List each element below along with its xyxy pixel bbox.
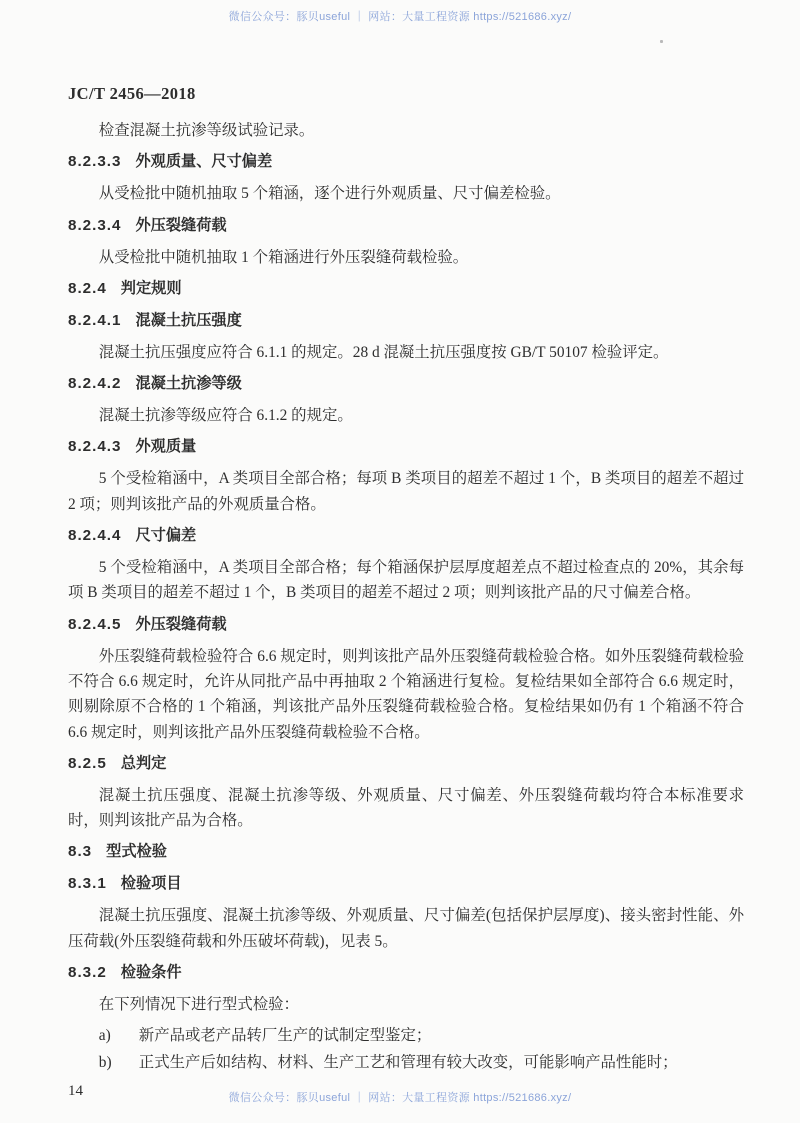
paragraph: 5 个受检箱涵中，A 类项目全部合格；每个箱涵保护层厚度超差点不超过检查点的 2…	[68, 555, 744, 606]
section-heading-8233: 8.2.3.3外观质量、尺寸偏差	[68, 149, 744, 174]
section-title: 外观质量、尺寸偏差	[135, 153, 272, 170]
paragraph: 混凝土抗压强度、混凝土抗渗等级、外观质量、尺寸偏差、外压裂缝荷载均符合本标准要求…	[68, 783, 744, 834]
section-title: 混凝土抗渗等级	[135, 375, 241, 392]
section-title: 检验项目	[121, 875, 182, 892]
section-number: 8.2.4.2	[68, 375, 121, 392]
standard-number: JC/T 2456—2018	[68, 84, 744, 104]
paragraph: 混凝土抗压强度、混凝土抗渗等级、外观质量、尺寸偏差(包括保护层厚度)、接头密封性…	[68, 903, 744, 954]
section-title: 判定规则	[121, 280, 182, 297]
paragraph: 5 个受检箱涵中，A 类项目全部合格；每项 B 类项目的超差不超过 1 个，B …	[68, 466, 744, 517]
paragraph: 从受检批中随机抽取 5 个箱涵，逐个进行外观质量、尺寸偏差检验。	[68, 181, 744, 206]
footer-watermark: 微信公众号：豚贝useful ｜ 网站：大量工程资源 https://52168…	[0, 1089, 800, 1105]
section-number: 8.2.5	[68, 755, 107, 772]
list-text: 正式生产后如结构、材料、生产工艺和管理有较大改变，可能影响产品性能时；	[139, 1054, 678, 1071]
paragraph: 在下列情况下进行型式检验：	[68, 992, 744, 1017]
section-title: 总判定	[121, 755, 167, 772]
list-item-a: a)新产品或老产品转厂生产的试制定型鉴定；	[68, 1023, 744, 1048]
list-text: 新产品或老产品转厂生产的试制定型鉴定；	[139, 1027, 431, 1044]
paragraph: 检查混凝土抗渗等级试验记录。	[68, 118, 744, 143]
section-title: 混凝土抗压强度	[135, 312, 241, 329]
section-heading-8234: 8.2.3.4外压裂缝荷载	[68, 213, 744, 238]
section-heading-8241: 8.2.4.1混凝土抗压强度	[68, 308, 744, 333]
paragraph: 混凝土抗渗等级应符合 6.1.2 的规定。	[68, 403, 744, 428]
section-title: 检验条件	[121, 964, 182, 981]
list-item-b: b)正式生产后如结构、材料、生产工艺和管理有较大改变，可能影响产品性能时；	[68, 1050, 744, 1075]
section-number: 8.2.3.4	[68, 217, 121, 234]
section-heading-8242: 8.2.4.2混凝土抗渗等级	[68, 371, 744, 396]
paragraph: 外压裂缝荷载检验符合 6.6 规定时，则判该批产品外压裂缝荷载检验合格。如外压裂…	[68, 644, 744, 745]
section-title: 尺寸偏差	[135, 527, 196, 544]
section-number: 8.2.3.3	[68, 153, 121, 170]
section-heading-824: 8.2.4判定规则	[68, 276, 744, 301]
section-number: 8.2.4.4	[68, 527, 121, 544]
list-label: b)	[99, 1050, 139, 1075]
section-title: 外观质量	[135, 438, 196, 455]
section-heading-832: 8.3.2检验条件	[68, 960, 744, 985]
section-title: 外压裂缝荷载	[135, 217, 226, 234]
section-number: 8.2.4.5	[68, 616, 121, 633]
paragraph: 从受检批中随机抽取 1 个箱涵进行外压裂缝荷载检验。	[68, 245, 744, 270]
paragraph: 混凝土抗压强度应符合 6.1.1 的规定。28 d 混凝土抗压强度按 GB/T …	[68, 340, 744, 365]
section-number: 8.2.4.3	[68, 438, 121, 455]
header-watermark: 微信公众号：豚贝useful ｜ 网站：大量工程资源 https://52168…	[0, 8, 800, 24]
section-heading-831: 8.3.1检验项目	[68, 871, 744, 896]
list-label: a)	[99, 1023, 139, 1048]
section-number: 8.3.1	[68, 875, 107, 892]
section-number: 8.3.2	[68, 964, 107, 981]
section-title: 型式检验	[106, 843, 167, 860]
section-heading-83: 8.3型式检验	[68, 839, 744, 864]
section-heading-8245: 8.2.4.5外压裂缝荷载	[68, 612, 744, 637]
section-heading-8244: 8.2.4.4尺寸偏差	[68, 523, 744, 548]
section-heading-8243: 8.2.4.3外观质量	[68, 434, 744, 459]
section-number: 8.2.4.1	[68, 312, 121, 329]
document-page: JC/T 2456—2018 检查混凝土抗渗等级试验记录。 8.2.3.3外观质…	[68, 84, 744, 1100]
section-title: 外压裂缝荷载	[135, 616, 226, 633]
scan-artifact-dot	[660, 40, 663, 43]
section-number: 8.2.4	[68, 280, 107, 297]
section-heading-825: 8.2.5总判定	[68, 751, 744, 776]
section-number: 8.3	[68, 843, 92, 860]
